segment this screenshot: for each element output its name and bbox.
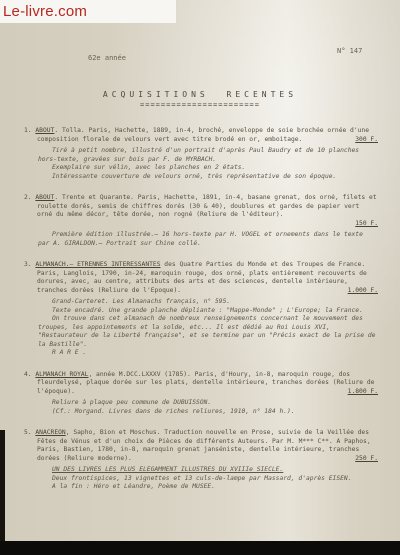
entry-number: 1. — [24, 127, 32, 134]
edition-year: 62e année — [88, 54, 126, 62]
entry-description: . Trente et Quarante. Paris, Hachette, 1… — [37, 194, 377, 218]
entry-author: ANACREON — [35, 429, 65, 436]
entry-note: Exemplaire sur vélin, avec les planches … — [38, 164, 378, 173]
entry-note: UN DES LIVRES LES PLUS ELEGAMMENT ILLUST… — [38, 466, 378, 475]
entry-note: Grand-Carteret. Les Almanachs français, … — [38, 298, 378, 307]
entry-price-line: 1.800 F. — [24, 388, 378, 397]
entry-notes: Tiré à petit nombre, illustré d'un portr… — [38, 147, 378, 181]
entry-price: 300 F. — [355, 136, 378, 143]
entry-author: ABOUT — [35, 127, 54, 134]
entry-heading: 2. ABOUT. Trente et Quarante. Paris, Hac… — [24, 194, 378, 220]
entry-note: (Cf.: Morgand. Livres dans de riches rel… — [38, 408, 378, 417]
catalog-page: Le-livre.com 62e année N° 147 ACQUISITIO… — [0, 0, 400, 541]
entry-author: ALMANACH ROYAL — [35, 371, 88, 378]
photo-frame: Le-livre.com 62e année N° 147 ACQUISITIO… — [0, 0, 400, 555]
entry-price: 150 F. — [355, 220, 378, 227]
photo-edge-bottom — [0, 541, 400, 555]
entry-price: 1.000 F. — [348, 287, 378, 294]
entry-note: Texte encadré. Une grande planche déplia… — [38, 307, 378, 316]
entry-number: 5. — [24, 429, 32, 436]
entry-price: 1.800 F. — [348, 388, 378, 395]
catalog-entry: 1. ABOUT. Tolla. Paris, Hachette, 1889, … — [24, 127, 378, 181]
site-watermark: Le-livre.com — [0, 3, 87, 20]
catalog-entry: 5. ANACREON, Sapho, Bion et Moschus. Tra… — [24, 429, 378, 492]
entry-note: Deux frontispices, 13 vignettes et 13 cu… — [38, 475, 378, 484]
entry-price: 250 F. — [355, 455, 378, 462]
entry-number: 2. — [24, 194, 32, 201]
entry-note: Tiré à petit nombre, illustré d'un portr… — [38, 147, 378, 164]
watermark-strip: Le-livre.com — [0, 0, 176, 23]
entry-note: R A R E . — [38, 349, 378, 358]
entry-note: Intéressante couverture de velours orné,… — [38, 173, 378, 182]
entry-author: ALMANACH.— ETRENNES INTERESSANTES — [35, 261, 160, 268]
catalog-entry: 3. ALMANACH.— ETRENNES INTERESSANTES des… — [24, 261, 378, 358]
entry-number: 4. — [24, 371, 32, 378]
entry-notes: UN DES LIVRES LES PLUS ELEGAMMENT ILLUST… — [38, 466, 378, 492]
entry-notes: Reliure à plaque peu commune de DUBUISSO… — [38, 399, 378, 416]
page-title-underline: ======================= — [0, 101, 400, 109]
entry-note: A la fin : Héro et Léandre, Poème de MUS… — [38, 483, 378, 492]
entry-author: ABOUT — [35, 194, 54, 201]
page-title: ACQUISITIONS RECENTES — [0, 90, 400, 99]
entries-list: 1. ABOUT. Tolla. Paris, Hachette, 1889, … — [24, 127, 378, 505]
entry-number: 3. — [24, 261, 32, 268]
entry-notes: Première édition illustrée.— 16 hors-tex… — [38, 231, 378, 248]
issue-number: N° 147 — [337, 47, 362, 55]
entry-price-line: 150 F. — [24, 220, 378, 229]
catalog-entry: 4. ALMANACH ROYAL, année M.DCC.LXXXV (17… — [24, 371, 378, 417]
photo-edge-left — [0, 430, 5, 541]
entry-note: On trouve dans cet almanach de nombreux … — [38, 315, 378, 349]
catalog-entry: 2. ABOUT. Trente et Quarante. Paris, Hac… — [24, 194, 378, 248]
entry-notes: Grand-Carteret. Les Almanachs français, … — [38, 298, 378, 358]
entry-note: Première édition illustrée.— 16 hors-tex… — [38, 231, 378, 248]
entry-note: Reliure à plaque peu commune de DUBUISSO… — [38, 399, 378, 408]
